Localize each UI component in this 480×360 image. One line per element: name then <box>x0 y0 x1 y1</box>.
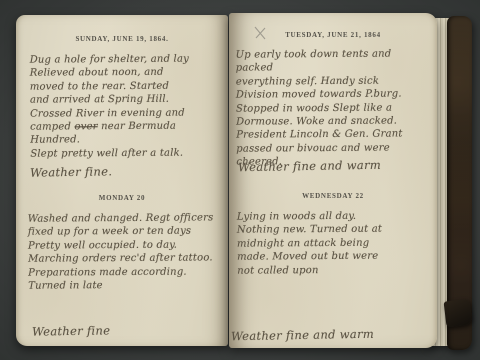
entry-lines-wednesday: Lying in woods all day.Nothing new. Turn… <box>237 209 421 277</box>
handwritten-line: Crossed River in evening and <box>30 106 222 121</box>
handwritten-line: Slept pretty well after a talk. <box>30 146 222 161</box>
handwritten-line: everything self. Handy sick <box>236 74 421 89</box>
entry-lines-monday: Washed and changed. Regt officersfixed u… <box>28 211 225 293</box>
date-header-tuesday: TUESDAY, JUNE 21, 1864 <box>229 31 437 39</box>
handwritten-line: Marching orders rec'd after tattoo. <box>28 252 224 267</box>
handwritten-line: Lying in woods all day. <box>237 209 421 224</box>
handwritten-line: Division moved towards P.burg. <box>236 88 421 103</box>
handwritten-line: Nothing new. Turned out at <box>237 223 421 238</box>
weather-note-wednesday: Weather fine and warm <box>231 327 374 343</box>
weather-note-monday: Weather fine <box>32 323 111 338</box>
photo-background: SUNDAY, JUNE 19, 1864. Dug a hole for sh… <box>0 0 480 360</box>
struck-word: over <box>74 121 97 132</box>
handwritten-line: Pretty well occupied. to day. <box>28 238 224 253</box>
date-header-wednesday: WEDNESDAY 22 <box>229 192 437 200</box>
handwritten-line: Relieved about noon, and <box>30 66 222 81</box>
handwritten-line: midnight an attack being <box>237 236 421 251</box>
handwritten-line: Preparations made according. <box>28 265 224 280</box>
handwritten-line: Up early took down tents and packed <box>236 47 421 75</box>
left-page: SUNDAY, JUNE 19, 1864. Dug a hole for sh… <box>16 15 228 346</box>
handwritten-line: Washed and changed. Regt officers <box>28 211 224 226</box>
handwritten-line: Turned in late <box>28 278 224 293</box>
handwritten-line: moved to the rear. Started <box>30 79 222 94</box>
word-segment: camped <box>30 121 74 132</box>
handwritten-line: Stopped in woods Slept like a <box>236 101 421 116</box>
handwritten-line: Dug a hole for shelter, and lay <box>30 52 222 67</box>
leather-torn-flap <box>444 299 473 328</box>
weather-note-tuesday: Weather fine and warm <box>238 158 381 174</box>
handwritten-line: Dormouse. Woke and snacked. <box>236 114 421 129</box>
right-page: TUESDAY, JUNE 21, 1864 Up early took dow… <box>229 13 437 348</box>
handwritten-line: not called upon <box>237 263 421 278</box>
handwritten-line: fixed up for a week or ten days <box>28 225 224 240</box>
diary-book: SUNDAY, JUNE 19, 1864. Dug a hole for sh… <box>14 10 466 352</box>
handwritten-line: and arrived at Spring Hill. <box>30 93 222 108</box>
date-header-monday: MONDAY 20 <box>16 194 228 202</box>
date-header-sunday: SUNDAY, JUNE 19, 1864. <box>16 35 228 43</box>
entry-lines-sunday: Dug a hole for shelter, and layRelieved … <box>30 52 223 161</box>
entry-lines-tuesday: Up early took down tents and packedevery… <box>236 47 422 169</box>
handwritten-line: made. Moved out but were <box>237 250 421 265</box>
handwritten-line: camped over near Bermuda Hundred. <box>30 119 222 147</box>
weather-note-sunday: Weather fine. <box>30 164 112 179</box>
handwritten-line: President Lincoln & Gen. Grant <box>236 128 421 143</box>
